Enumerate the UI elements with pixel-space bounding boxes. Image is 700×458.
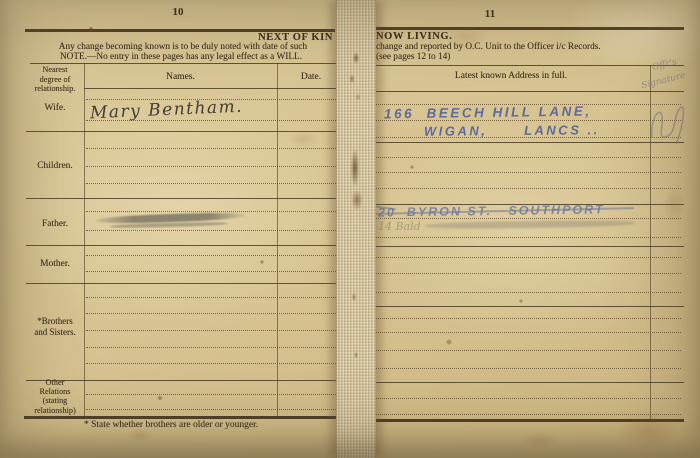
table-line [26, 198, 346, 199]
row-label-father: Father. [26, 219, 84, 229]
dotted-line [86, 297, 344, 298]
dotted-line [86, 271, 344, 272]
dotted-line [86, 394, 344, 395]
pencil-smudge [425, 220, 635, 230]
dotted-line [375, 292, 681, 293]
table-bottom-rule [372, 419, 684, 422]
col-header-date: Date. [277, 72, 345, 82]
dotted-line [86, 330, 344, 331]
dotted-line [86, 409, 344, 410]
pencil-initials [646, 98, 690, 148]
right-note-line2: (see pages 12 to 14) [376, 52, 450, 62]
dotted-line [375, 414, 681, 415]
dotted-line [375, 318, 681, 319]
table-line [372, 382, 684, 383]
dotted-line [375, 172, 681, 173]
left-note-line1: Any change becoming known is to be duly … [32, 42, 334, 52]
table-line [372, 142, 684, 143]
col-header-address: Latest known Address in full. [372, 71, 650, 81]
dotted-line [86, 166, 344, 167]
binding-stains [337, 0, 375, 458]
dotted-line [375, 188, 681, 189]
row-label-wife: Wife. [26, 103, 84, 113]
dotted-line [375, 257, 681, 258]
right-note-line1: change and reported by O.C. Unit to the … [376, 42, 601, 52]
table-line [84, 88, 346, 89]
table-line [372, 91, 684, 92]
dotted-line [86, 211, 344, 212]
left-page-number: 10 [158, 6, 198, 18]
right-section-heading: NOW LIVING. [376, 31, 452, 42]
table-bottom-rule [24, 416, 346, 419]
dotted-line [375, 398, 681, 399]
row-label-other-relations: Other Relations (stating relationship) [26, 378, 84, 415]
dotted-line [86, 183, 344, 184]
left-footnote: * State whether brothers are older or yo… [84, 420, 258, 430]
address-entry-line1: 166 BEECH HILL LANE, [384, 104, 592, 122]
dotted-line [86, 347, 344, 348]
erased-pencil-entry: 14 Bald [378, 220, 421, 233]
table-line [372, 306, 684, 307]
dotted-line [86, 255, 344, 256]
dotted-line [86, 363, 344, 364]
binding-cloth [336, 0, 376, 458]
row-label-brothers-sisters: *Brothers and Sisters. [26, 316, 84, 337]
table-line [372, 65, 684, 66]
margin-pencil-note: Offr's [651, 57, 678, 73]
col-header-relationship: Nearest degree of relationship. [26, 65, 84, 94]
dotted-line [375, 350, 681, 351]
table-line [26, 283, 346, 284]
dotted-line [375, 368, 681, 369]
dotted-line [375, 157, 681, 158]
header-rule [372, 27, 684, 30]
dotted-line [375, 237, 681, 238]
dotted-line [86, 313, 344, 314]
dotted-line [375, 273, 681, 274]
dotted-line [86, 230, 344, 231]
dotted-line [86, 148, 344, 149]
scanned-book-spread: 10 NEXT OF KIN Any change becoming known… [0, 0, 700, 458]
left-note-line2: NOTE.—No entry in these pages has any le… [28, 52, 334, 62]
dotted-line [375, 332, 681, 333]
column-divider [84, 63, 85, 416]
table-line [372, 246, 684, 247]
row-label-mother: Mother. [26, 259, 84, 269]
row-label-children: Children. [26, 161, 84, 171]
right-page-number: 11 [470, 8, 510, 20]
address-entry-line2: WIGAN, LANCS .. [424, 122, 600, 139]
table-line [26, 245, 346, 246]
col-header-names: Names. [84, 72, 277, 82]
table-line [30, 63, 346, 64]
table-line [26, 131, 346, 132]
